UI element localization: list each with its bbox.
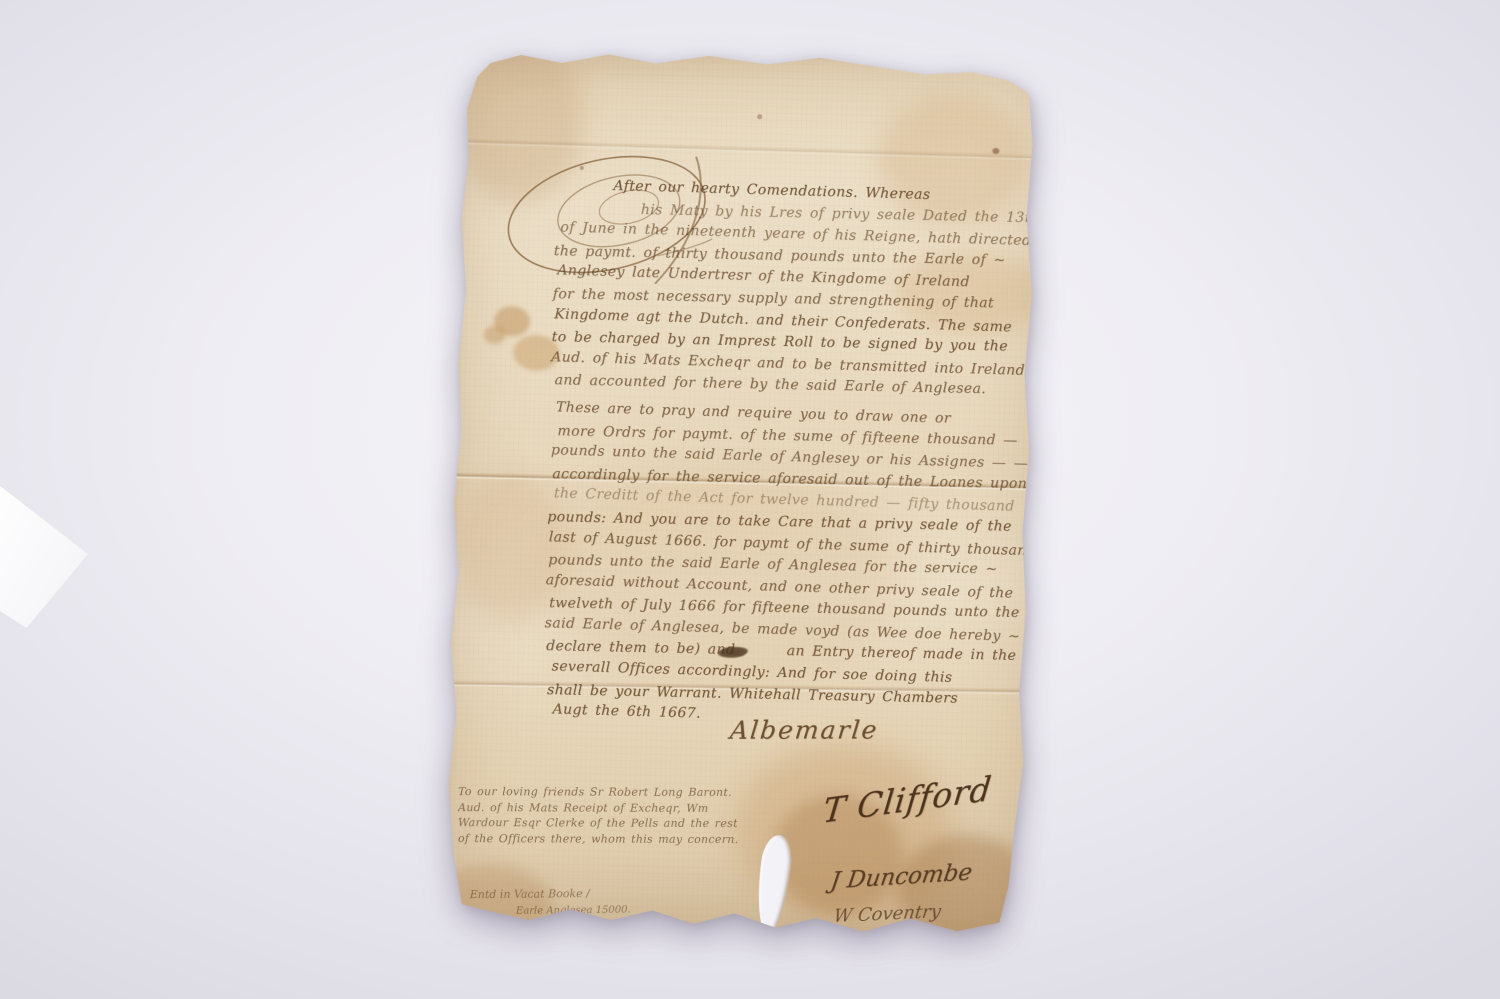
address-block: To our loving friends Sr Robert Long Bar… xyxy=(458,784,739,847)
paper-hole xyxy=(752,833,795,936)
address-line: Wardour Esqr Clerke of the Pells and the… xyxy=(458,815,739,831)
paper-stain xyxy=(494,306,531,337)
photo-background: After our hearty Comendations. Whereas h… xyxy=(0,0,1500,999)
countersignature-duncombe: J Duncombe xyxy=(829,859,974,894)
principal-signature: Albemarle xyxy=(729,715,880,744)
docket-line: Earle Anglesea 15000. xyxy=(470,902,631,921)
paper-stain xyxy=(896,834,1039,947)
paper-stain xyxy=(484,326,506,345)
address-line: Aud. of his Mats Receipt of Excheqr, Wm xyxy=(458,800,739,816)
countersignature-coventry: W Coventry xyxy=(832,901,942,927)
manuscript-body: After our hearty Comendations. Whereas h… xyxy=(542,175,1033,733)
manuscript-document: After our hearty Comendations. Whereas h… xyxy=(441,43,1048,939)
docket-note: Entd in Vacat Booke / Earle Anglesea 150… xyxy=(470,885,631,921)
under-sheet-corner xyxy=(0,486,88,628)
countersignature-clifford: T Clifford xyxy=(821,768,994,830)
docket-line: Entd in Vacat Booke / xyxy=(470,885,631,904)
address-line: To our loving friends Sr Robert Long Bar… xyxy=(458,784,739,800)
ink-speck xyxy=(757,114,762,119)
document-paper: After our hearty Comendations. Whereas h… xyxy=(441,43,1048,939)
address-line: of the Officers there, whom this may con… xyxy=(458,831,739,847)
